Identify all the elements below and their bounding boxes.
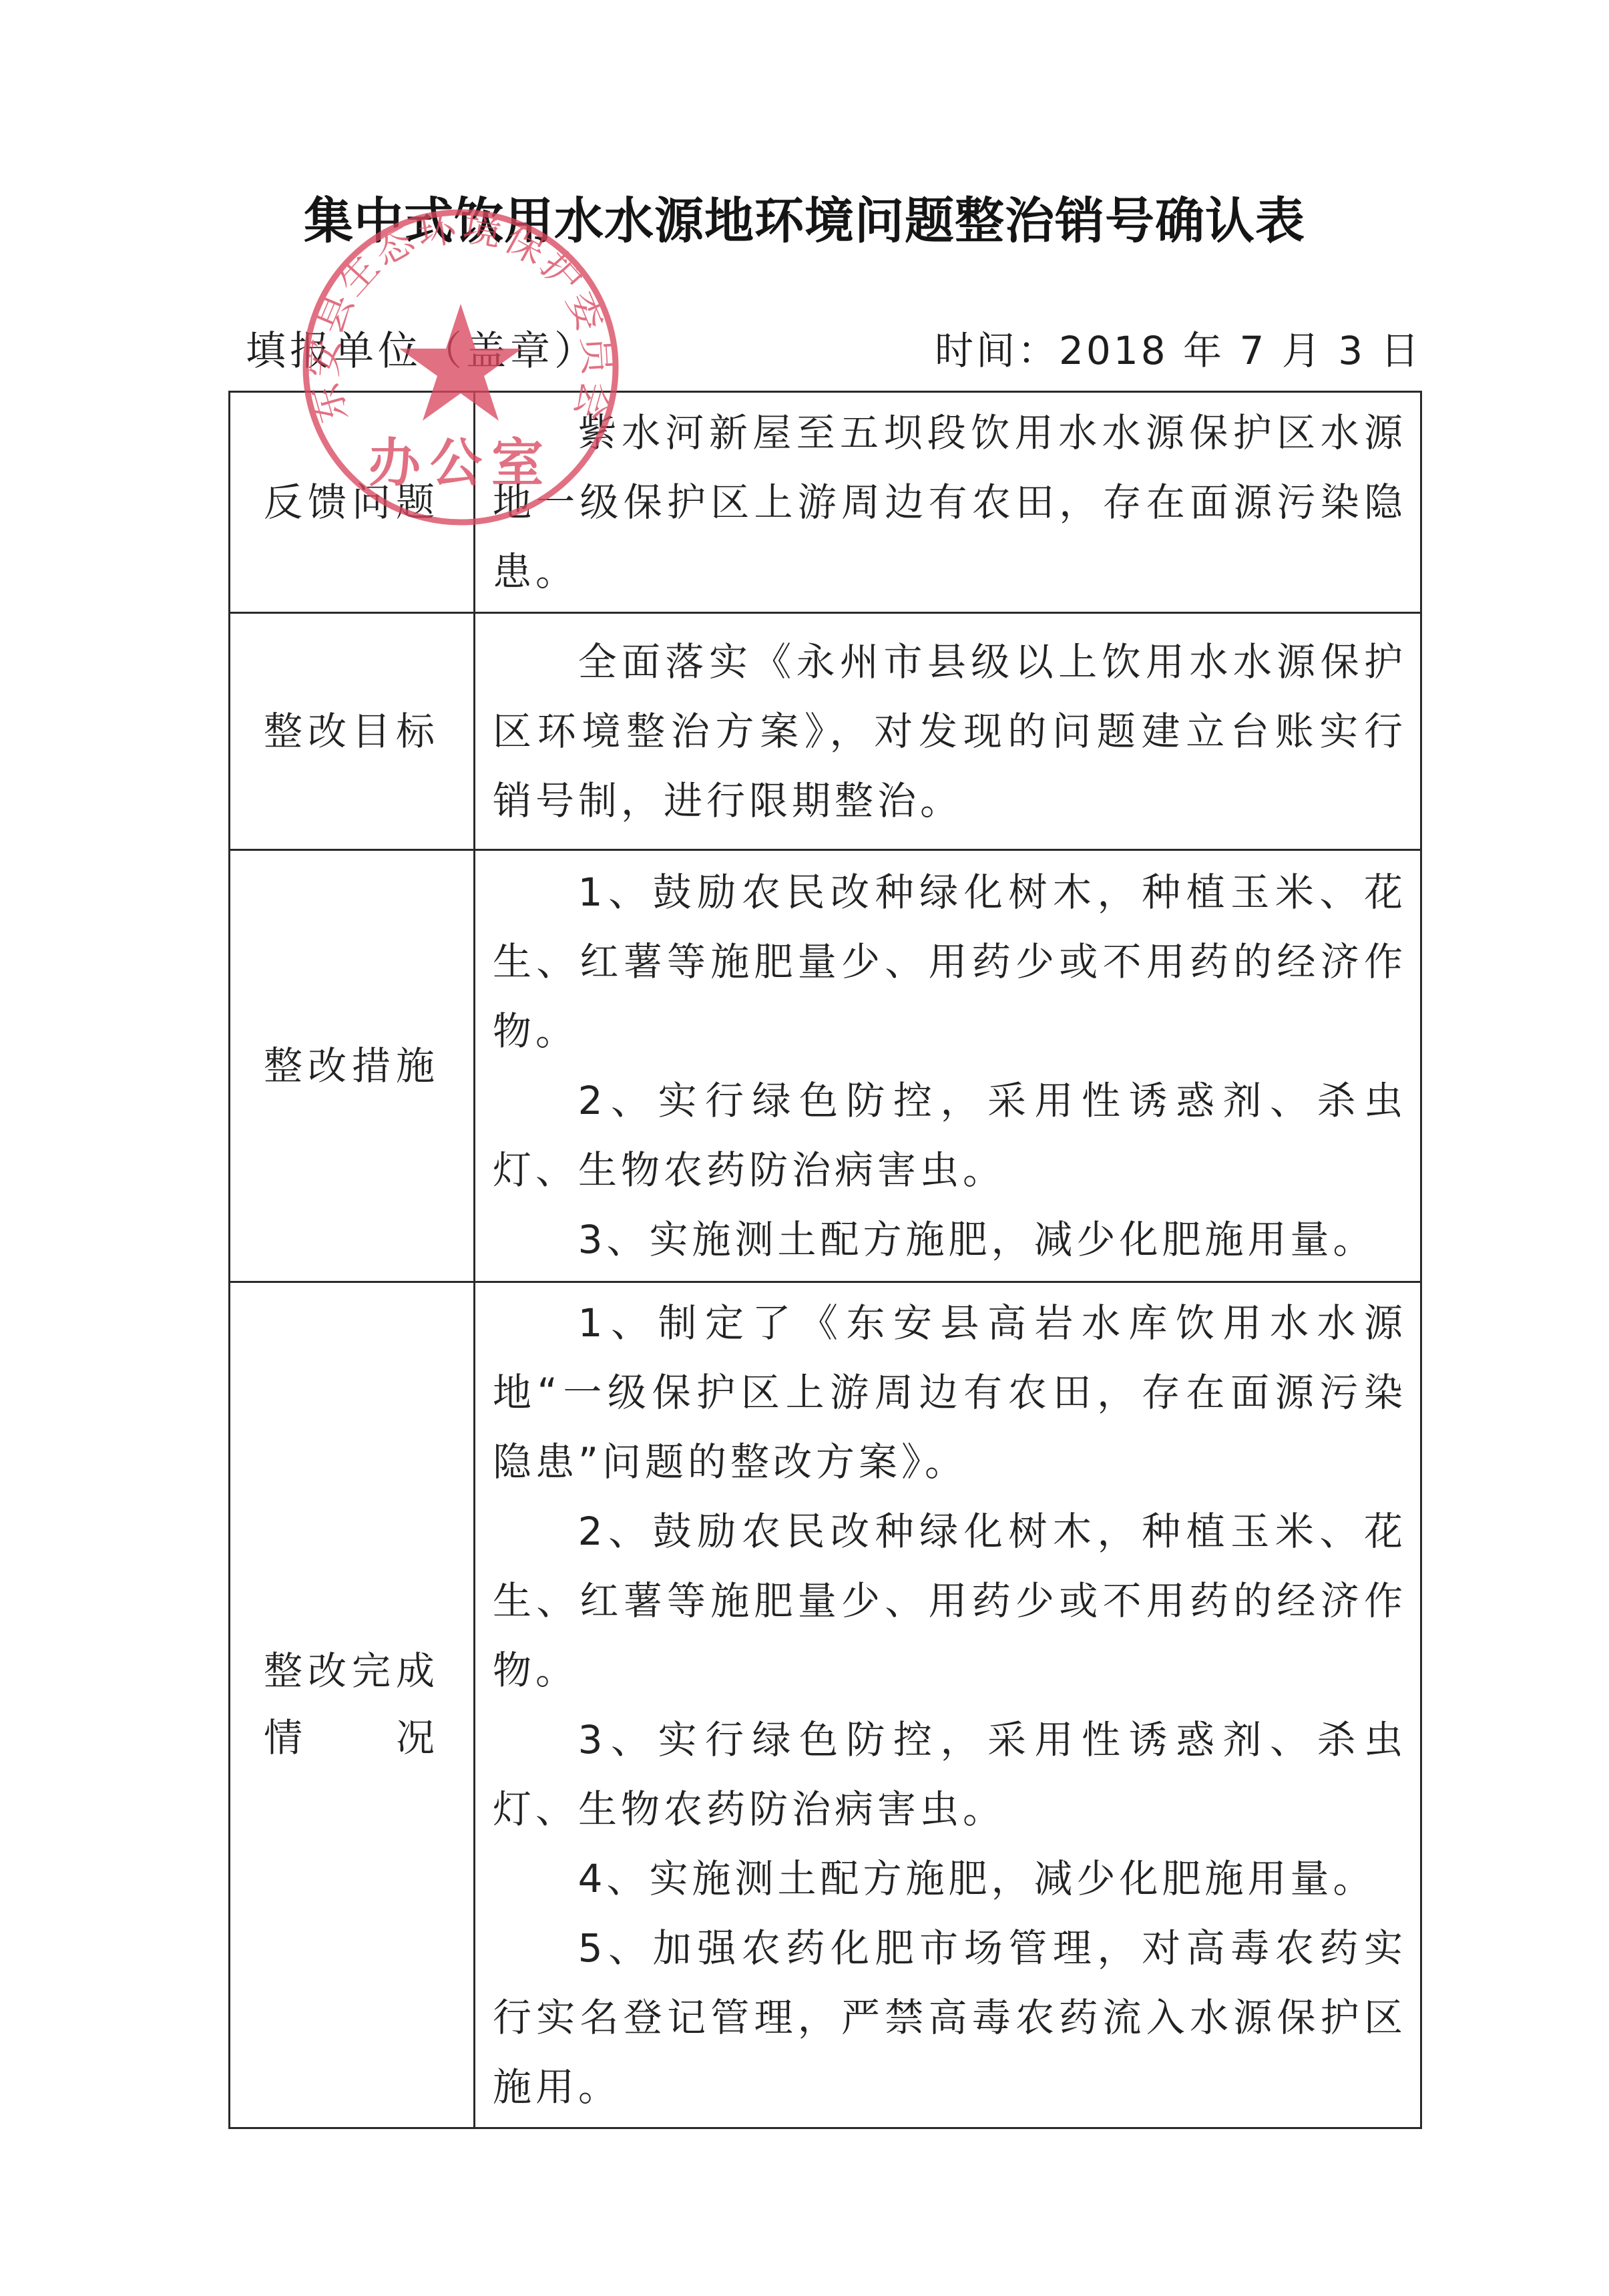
date-field: 时间：2018 年 7 月 3 日 [935,319,1422,375]
row-content: 1、制定了《东安县高岩水库饮用水水源地“一级保护区上游周边有农田，存在面源污染隐… [475,1282,1421,2128]
row-label: 反馈问题 [230,392,475,613]
paragraph: 3、实行绿色防控，采用性诱惑剂、杀虫灯、生物农药防治病害虫。 [493,1705,1407,1844]
paragraph: 2、实行绿色防控，采用性诱惑剂、杀虫灯、生物农药防治病害虫。 [493,1066,1407,1205]
paragraph: 1、鼓励农民改种绿化树木，种植玉米、花生、红薯等施肥量少、用药少或不用药的经济作… [493,857,1407,1066]
row-content: 全面落实《永州市县级以上饮用水水源保护区环境整治方案》，对发现的问题建立台账实行… [475,613,1421,850]
row-label-line2-right: 况 [396,1704,440,1771]
paragraph: 3、实施测土配方施肥，减少化肥施用量。 [493,1205,1407,1274]
paragraph: 5、加强农药化肥市场管理，对高毒农药实行实名登记管理，严禁高毒农药流入水源保护区… [493,1913,1407,2122]
confirmation-table: 反馈问题 紫水河新屋至五坝段饮用水水源保护区水源地一级保护区上游周边有农田，存在… [228,391,1422,2129]
row-content: 紫水河新屋至五坝段饮用水水源保护区水源地一级保护区上游周边有农田，存在面源污染隐… [475,392,1421,613]
document-title: 集中式饮用水水源地环境问题整治销号确认表 [0,182,1609,252]
date-label: 时间： [935,328,1059,373]
row-label: 整改目标 [230,613,475,850]
row-label-line1: 整改完成 [264,1648,440,1694]
table-row-feedback-issue: 反馈问题 紫水河新屋至五坝段饮用水水源保护区水源地一级保护区上游周边有农田，存在… [230,392,1421,613]
row-label-multiline: 整改完成 情 况 [264,1638,440,1771]
paragraph: 全面落实《永州市县级以上饮用水水源保护区环境整治方案》，对发现的问题建立台账实行… [493,627,1407,835]
paragraph: 2、鼓励农民改种绿化树木，种植玉米、花生、红薯等施肥量少、用药少或不用药的经济作… [493,1497,1407,1705]
table-row-rectification-measures: 整改措施 1、鼓励农民改种绿化树木，种植玉米、花生、红薯等施肥量少、用药少或不用… [230,850,1421,1282]
row-label-line2: 情 况 [264,1704,440,1771]
paragraph: 1、制定了《东安县高岩水库饮用水水源地“一级保护区上游周边有农田，存在面源污染隐… [493,1288,1407,1497]
row-content: 1、鼓励农民改种绿化树木，种植玉米、花生、红薯等施肥量少、用药少或不用药的经济作… [475,850,1421,1282]
date-value: 2018 年 7 月 3 日 [1059,328,1422,373]
table-row-rectification-goal: 整改目标 全面落实《永州市县级以上饮用水水源保护区环境整治方案》，对发现的问题建… [230,613,1421,850]
paragraph: 4、实施测土配方施肥，减少化肥施用量。 [493,1844,1407,1913]
row-label: 整改措施 [230,850,475,1282]
row-label-line2-left: 情 [264,1704,308,1771]
row-label: 整改完成 情 况 [230,1282,475,2128]
paragraph: 紫水河新屋至五坝段饮用水水源保护区水源地一级保护区上游周边有农田，存在面源污染隐… [493,398,1407,606]
table-row-completion-status: 整改完成 情 况 1、制定了《东安县高岩水库饮用水水源地“一级保护区上游周边有农… [230,1282,1421,2128]
filing-unit-label: 填报单位（盖章） [246,319,598,377]
